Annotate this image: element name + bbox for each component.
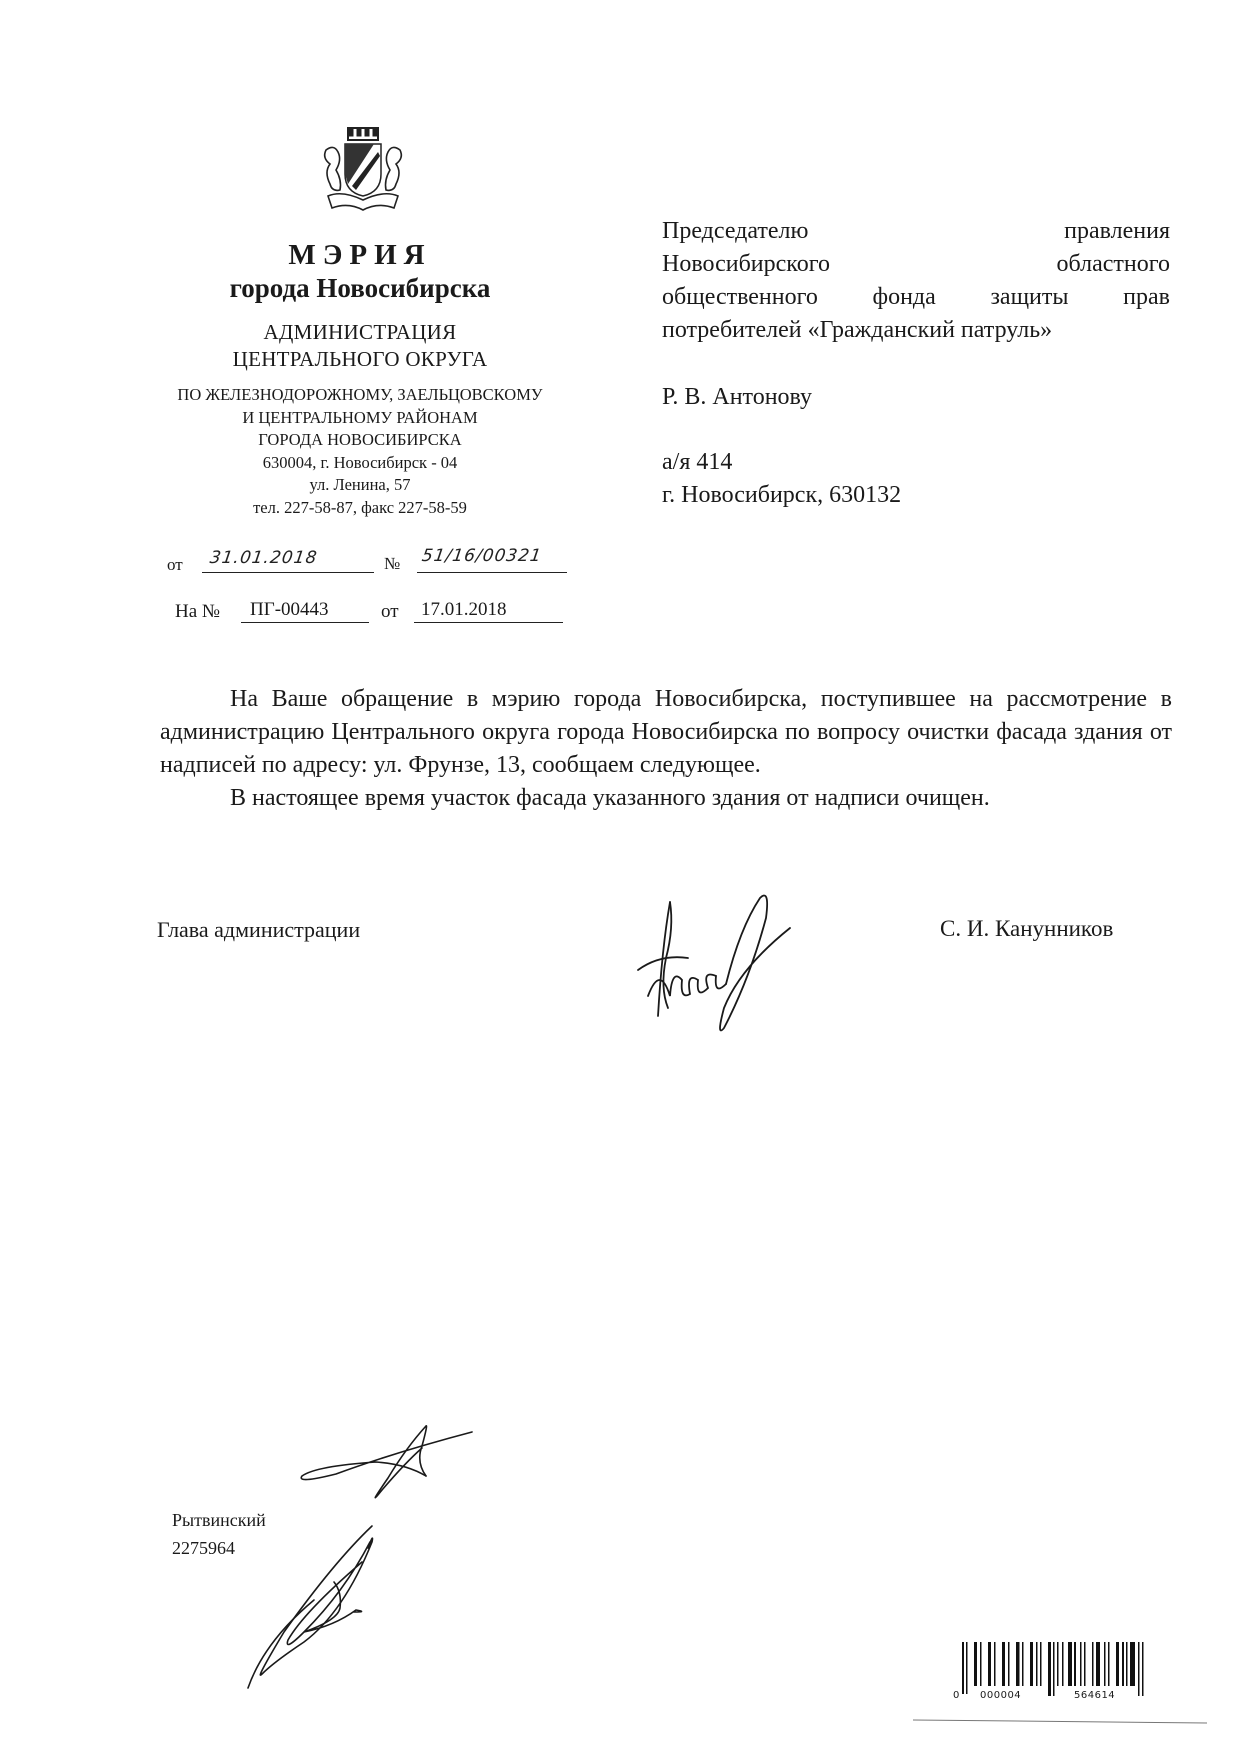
approval-signature-icon [296, 1418, 476, 1504]
detail-line: тел. 227-58-87, факс 227-58-59 [150, 497, 570, 520]
detail-line: 630004, г. Новосибирск - 04 [150, 452, 570, 475]
recipient-word: фонда [873, 284, 936, 310]
recipient-po-box: а/я 414 [662, 446, 1170, 479]
recipient-line: общественного фонда защиты прав [662, 281, 1170, 314]
letter-body: На Ваше обращение в мэрию города Новосиб… [160, 683, 1172, 815]
outgoing-date-value: 31.01.2018 [209, 548, 319, 568]
recipient-word: прав [1123, 284, 1170, 310]
administration-details: ПО ЖЕЛЕЗНОДОРОЖНОМУ, ЗАЕЛЬЦОВСКОМУ И ЦЕН… [150, 384, 570, 520]
body-paragraph: В настоящее время участок фасада указанн… [160, 782, 1172, 815]
signatory-title: Глава администрации [157, 917, 360, 943]
coat-of-arms-icon [318, 126, 408, 214]
outgoing-number-label: № [384, 554, 400, 574]
detail-line: ул. Ленина, 57 [150, 474, 570, 497]
recipient-word: Новосибирского [662, 251, 830, 277]
recipient-city-zip: г. Новосибирск, 630132 [662, 479, 1170, 512]
recipient-name: Р. В. Антонову [662, 381, 1170, 414]
org-title: МЭРИЯ [150, 238, 570, 272]
bottom-divider [913, 1719, 1207, 1723]
incoming-number-value: ПГ-00443 [250, 599, 329, 621]
recipient-word: общественного [662, 284, 818, 310]
recipient-line: Председателю правления [662, 215, 1170, 248]
detail-line: ПО ЖЕЛЕЗНОДОРОЖНОМУ, ЗАЕЛЬЦОВСКОМУ [150, 384, 570, 407]
recipient-word: правления [1064, 218, 1170, 244]
org-city: города Новосибирска [150, 272, 570, 304]
recipient-block: Председателю правления Новосибирского об… [662, 215, 1170, 512]
detail-line: И ЦЕНТРАЛЬНОМУ РАЙОНАМ [150, 407, 570, 430]
barcode-digits-right: 564614 [1074, 1690, 1115, 1701]
outgoing-date-underline [202, 572, 374, 573]
administration-name: АДМИНИСТРАЦИЯ ЦЕНТРАЛЬНОГО ОКРУГА [150, 319, 570, 373]
incoming-date-label: от [381, 601, 399, 623]
executor-signature-icon [244, 1522, 384, 1692]
barcode-digit-left: 0 [953, 1690, 960, 1701]
recipient-line: Новосибирского областного [662, 248, 1170, 281]
outgoing-number-underline [417, 572, 567, 573]
incoming-number-underline [241, 622, 369, 623]
outgoing-number-value: 51/16/00321 [421, 546, 544, 566]
recipient-word: областного [1057, 251, 1170, 277]
signatory-name: С. И. Канунников [940, 916, 1113, 942]
incoming-date-value: 17.01.2018 [421, 599, 507, 621]
outgoing-date-label: от [167, 555, 183, 575]
detail-line: ГОРОДА НОВОСИБИРСКА [150, 429, 570, 452]
barcode-digits-mid: 000004 [980, 1690, 1021, 1701]
admin-line: ЦЕНТРАЛЬНОГО ОКРУГА [150, 346, 570, 373]
incoming-number-label: На № [175, 601, 220, 623]
incoming-date-underline [414, 622, 563, 623]
body-paragraph: На Ваше обращение в мэрию города Новосиб… [160, 683, 1172, 782]
recipient-line: потребителей «Гражданский патруль» [662, 314, 1170, 347]
admin-line: АДМИНИСТРАЦИЯ [150, 319, 570, 346]
recipient-word: защиты [990, 284, 1068, 310]
recipient-word: Председателю [662, 218, 808, 244]
signature-icon [630, 888, 800, 1036]
